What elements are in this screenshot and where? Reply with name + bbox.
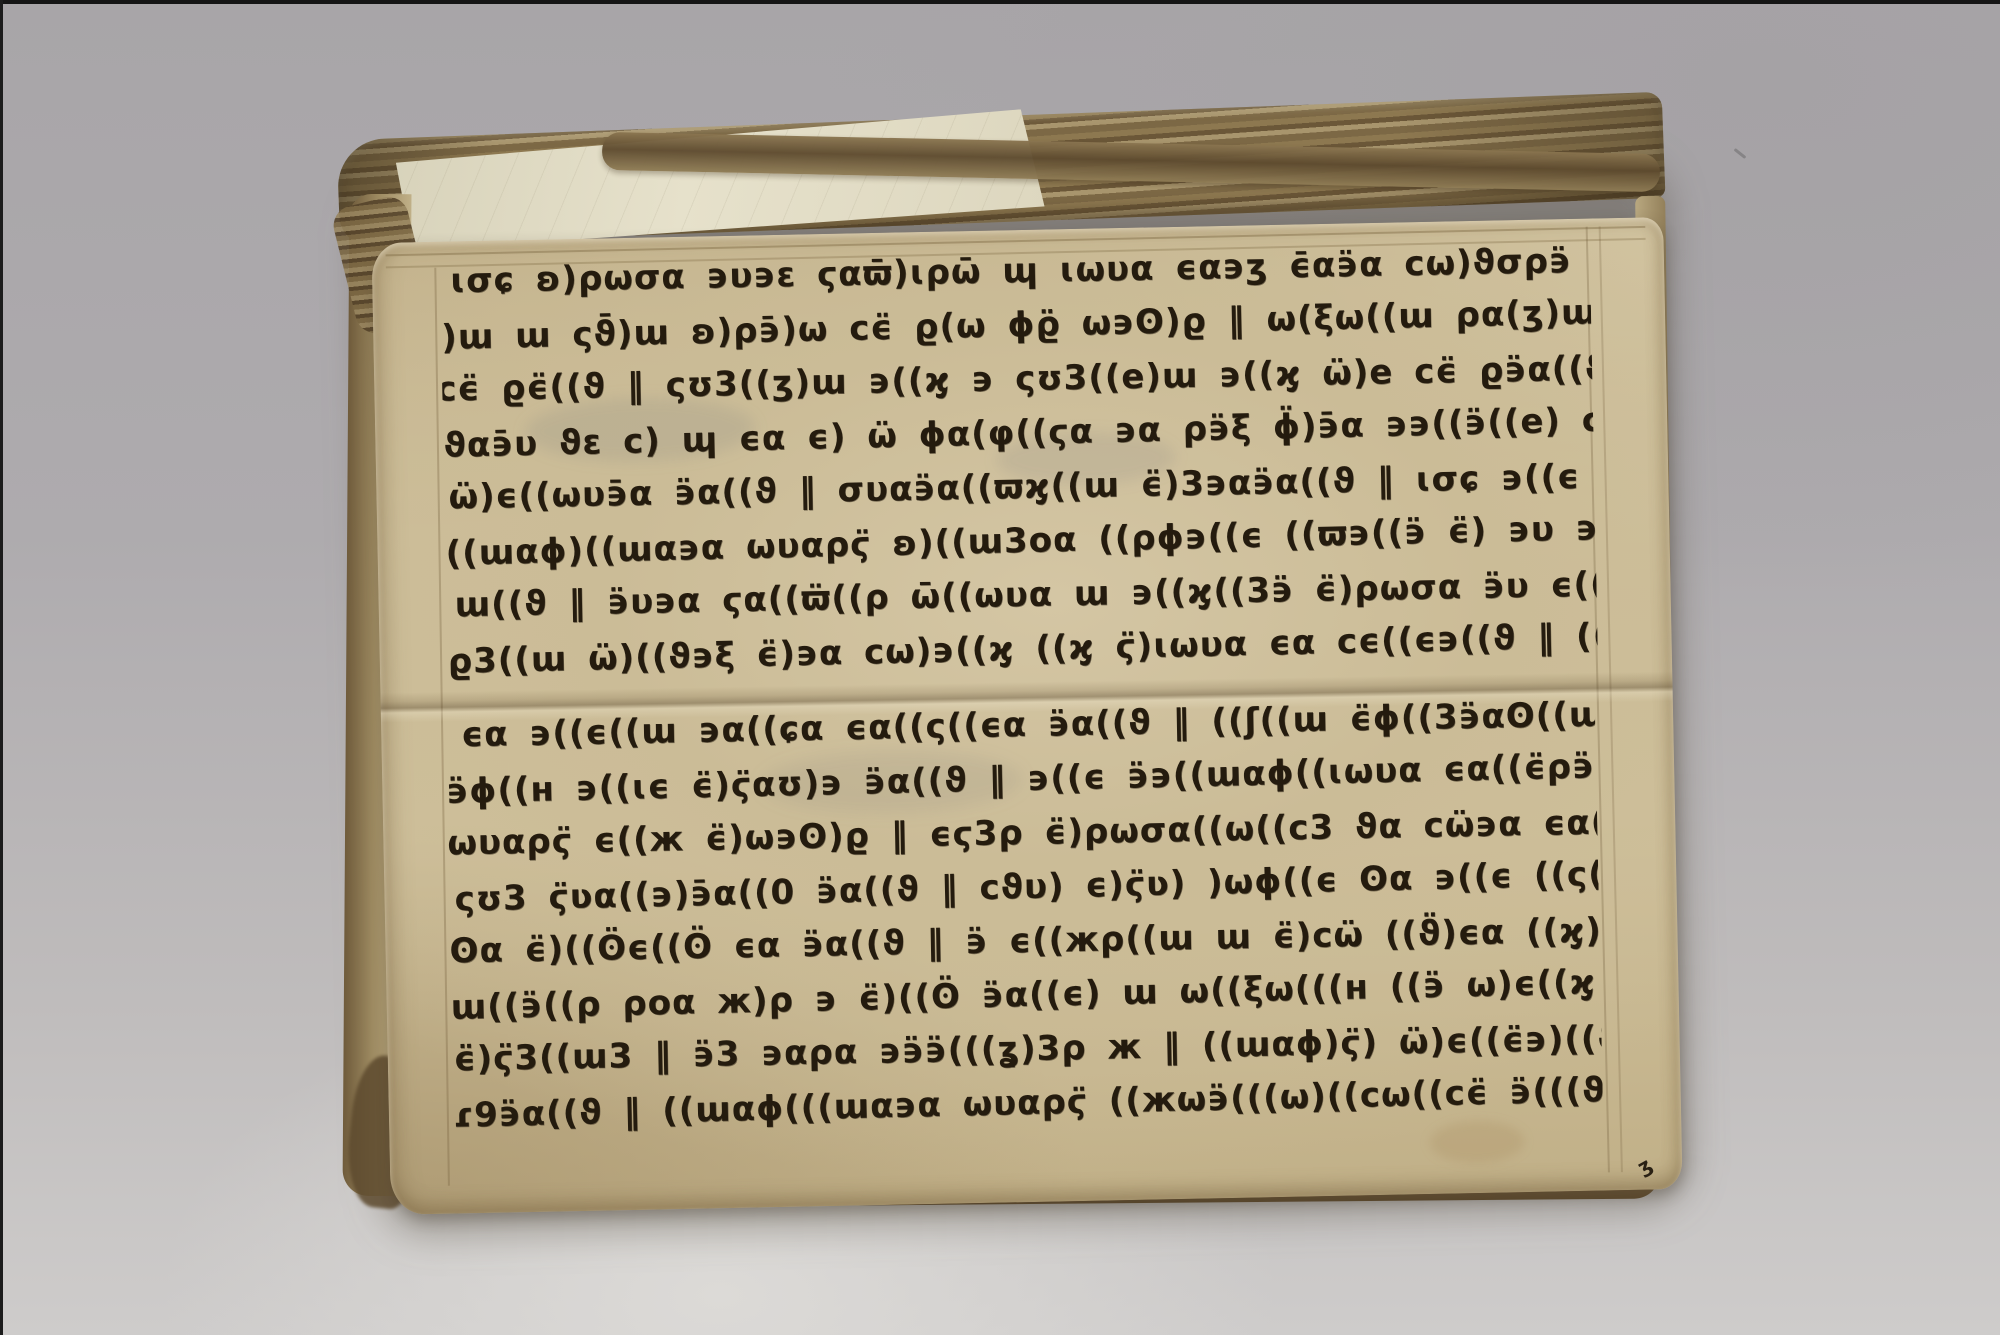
text-block-lower: ϵα ϶((ϵ((ɯ ϶α((ɕα ϵα((ς((ϵα ϶̈α((ϑ ‖ ((ʃ… (445, 687, 1604, 1146)
manuscript-page: ɩσɕ ʚ)ρωσα ϶υ϶ε ϛαϖ̄)ɩρω̄ ɰ ɩωυα ϵα϶ʒ ϵ̄… (371, 217, 1682, 1215)
background-speck (1734, 148, 1747, 159)
photo-stage: ɩσɕ ʚ)ρωσα ϶υ϶ε ϛαϖ̄)ɩρω̄ ɰ ɩωυα ϵα϶ʒ ϵ̄… (0, 0, 2000, 1335)
photo-edge-left (0, 0, 3, 1335)
text-block-upper: ɩσɕ ʚ)ρωσα ϶υ϶ε ϛαϖ̄)ɩρω̄ ɰ ɩωυα ϵα϶ʒ ϵ̄… (440, 233, 1599, 700)
paper-stain (1429, 1120, 1525, 1164)
corner-ink-mark: ʒ (1633, 1152, 1656, 1179)
photo-edge-top (0, 0, 2000, 4)
